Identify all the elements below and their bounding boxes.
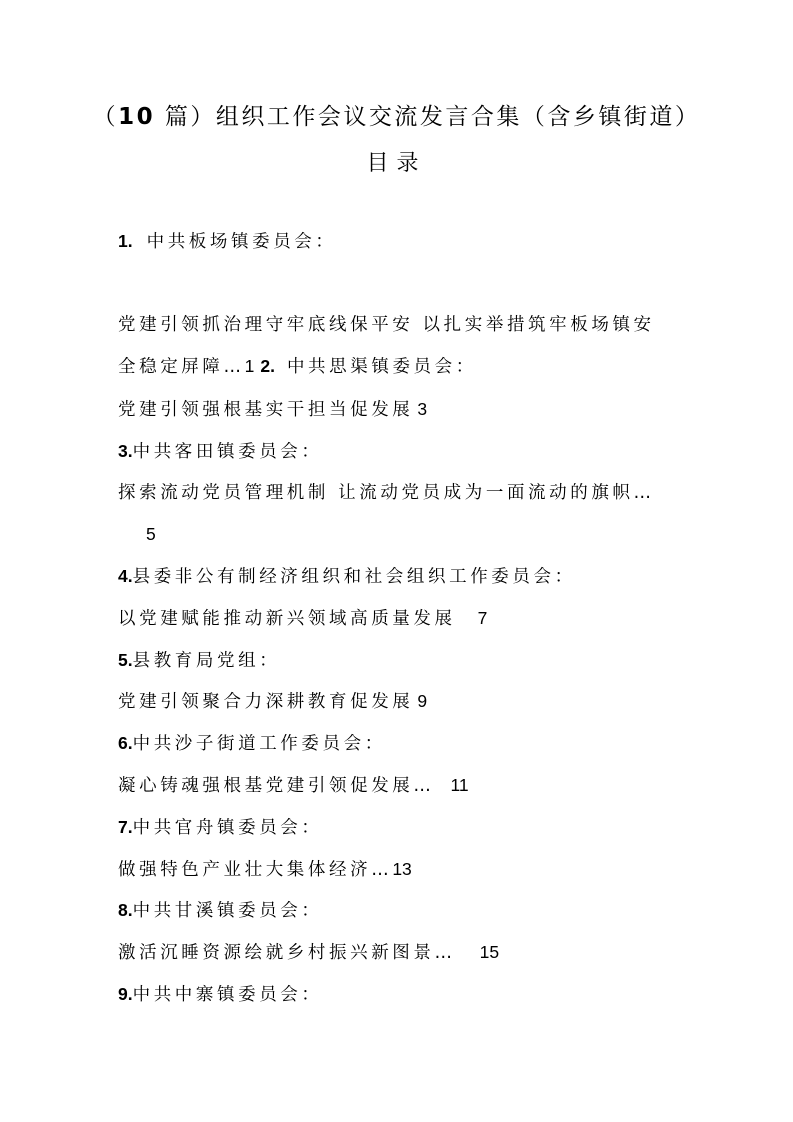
toc-entry-4-org[interactable]: 4.县委非公有制经济组织和社会组织工作委员会：: [118, 564, 576, 589]
entry-number: 4.: [118, 566, 133, 586]
entry-title: 党建引领聚合力深耕教育促发展: [118, 692, 413, 712]
page-number: 11: [451, 775, 469, 795]
page-number: 9: [417, 691, 427, 711]
entry-org: 中共客田镇委员会：: [133, 442, 323, 462]
entry-title: 做强特色产业壮大集体经济…: [118, 860, 392, 880]
entry-title: 以党建赋能推动新兴领域高质量发展: [118, 609, 456, 629]
page-number: 13: [392, 859, 411, 879]
page-number: 3: [417, 399, 427, 419]
entry-org: 中共甘溪镇委员会：: [133, 901, 323, 921]
entry-number: 1.: [118, 231, 133, 251]
entry-title: 党建引领抓治理守牢底线保平安 以扎实举措筑牢板场镇安: [118, 315, 655, 335]
toc-entry-8-org[interactable]: 8.中共甘溪镇委员会：: [118, 898, 323, 923]
page-number: 5: [146, 524, 156, 544]
entry-org: 中共中寨镇委员会：: [133, 985, 323, 1005]
toc-heading: 目录: [0, 146, 793, 177]
entry-number: 8.: [118, 900, 133, 920]
document-page: （10 篇）组织工作会议交流发言合集（含乡镇街道） 目录 1.中共板场镇委员会：…: [0, 0, 793, 1122]
toc-entry-1-title-cont[interactable]: 全稳定屏障…12.中共思渠镇委员会：: [118, 354, 477, 379]
entry-org: 县委非公有制经济组织和社会组织工作委员会：: [133, 567, 576, 587]
entry-title: 全稳定屏障…: [118, 357, 245, 377]
entry-number: 6.: [118, 733, 133, 753]
entry-title: 党建引领强根基实干担当促发展: [118, 400, 413, 420]
entry-org: 中共板场镇委员会：: [147, 232, 337, 252]
page-number: 1: [245, 356, 255, 376]
toc-entry-3-page[interactable]: 5: [146, 522, 156, 547]
toc-entry-6-title[interactable]: 凝心铸魂强根基党建引领促发展…11: [118, 773, 469, 798]
entry-number: 3.: [118, 441, 133, 461]
toc-entry-1-title[interactable]: 党建引领抓治理守牢底线保平安 以扎实举措筑牢板场镇安: [118, 313, 655, 337]
toc-entry-4-title[interactable]: 以党建赋能推动新兴领域高质量发展7: [118, 606, 487, 631]
entry-title: 探索流动党员管理机制 让流动党员成为一面流动的旗帜…: [118, 483, 655, 503]
title-text: 篇）组织工作会议交流发言合集（含乡镇街道）: [155, 104, 700, 130]
toc-entry-8-title[interactable]: 激活沉睡资源绘就乡村振兴新图景…15: [118, 940, 499, 965]
entry-number: 7.: [118, 817, 133, 837]
title-count: 10: [118, 104, 155, 130]
toc-entry-5-title[interactable]: 党建引领聚合力深耕教育促发展9: [118, 689, 427, 714]
entry-number: 2.: [260, 356, 275, 376]
toc-entry-7-title[interactable]: 做强特色产业壮大集体经济…13: [118, 857, 412, 882]
toc-entry-3-org[interactable]: 3.中共客田镇委员会：: [118, 439, 323, 464]
toc-entry-9-org[interactable]: 9.中共中寨镇委员会：: [118, 982, 323, 1007]
document-title: （10 篇）组织工作会议交流发言合集（含乡镇街道）: [0, 98, 793, 131]
entry-org: 中共官舟镇委员会：: [133, 818, 323, 838]
entry-title: 激活沉睡资源绘就乡村振兴新图景…: [118, 943, 456, 963]
entry-org: 中共思渠镇委员会：: [287, 357, 477, 377]
toc-entry-1-org[interactable]: 1.中共板场镇委员会：: [118, 229, 337, 254]
toc-entry-2-title[interactable]: 党建引领强根基实干担当促发展3: [118, 397, 427, 422]
toc-entry-5-org[interactable]: 5.县教育局党组：: [118, 648, 280, 673]
page-number: 7: [478, 608, 488, 628]
page-number: 15: [480, 942, 499, 962]
entry-number: 5.: [118, 650, 133, 670]
entry-org: 县教育局党组：: [133, 651, 281, 671]
toc-entry-6-org[interactable]: 6.中共沙子街道工作委员会：: [118, 731, 386, 756]
toc-entry-3-title[interactable]: 探索流动党员管理机制 让流动党员成为一面流动的旗帜…: [118, 481, 655, 505]
entry-title: 凝心铸魂强根基党建引领促发展…: [118, 776, 435, 796]
entry-number: 9.: [118, 984, 133, 1004]
toc-entry-7-org[interactable]: 7.中共官舟镇委员会：: [118, 815, 323, 840]
title-paren: （: [93, 104, 119, 130]
entry-org: 中共沙子街道工作委员会：: [133, 734, 386, 754]
